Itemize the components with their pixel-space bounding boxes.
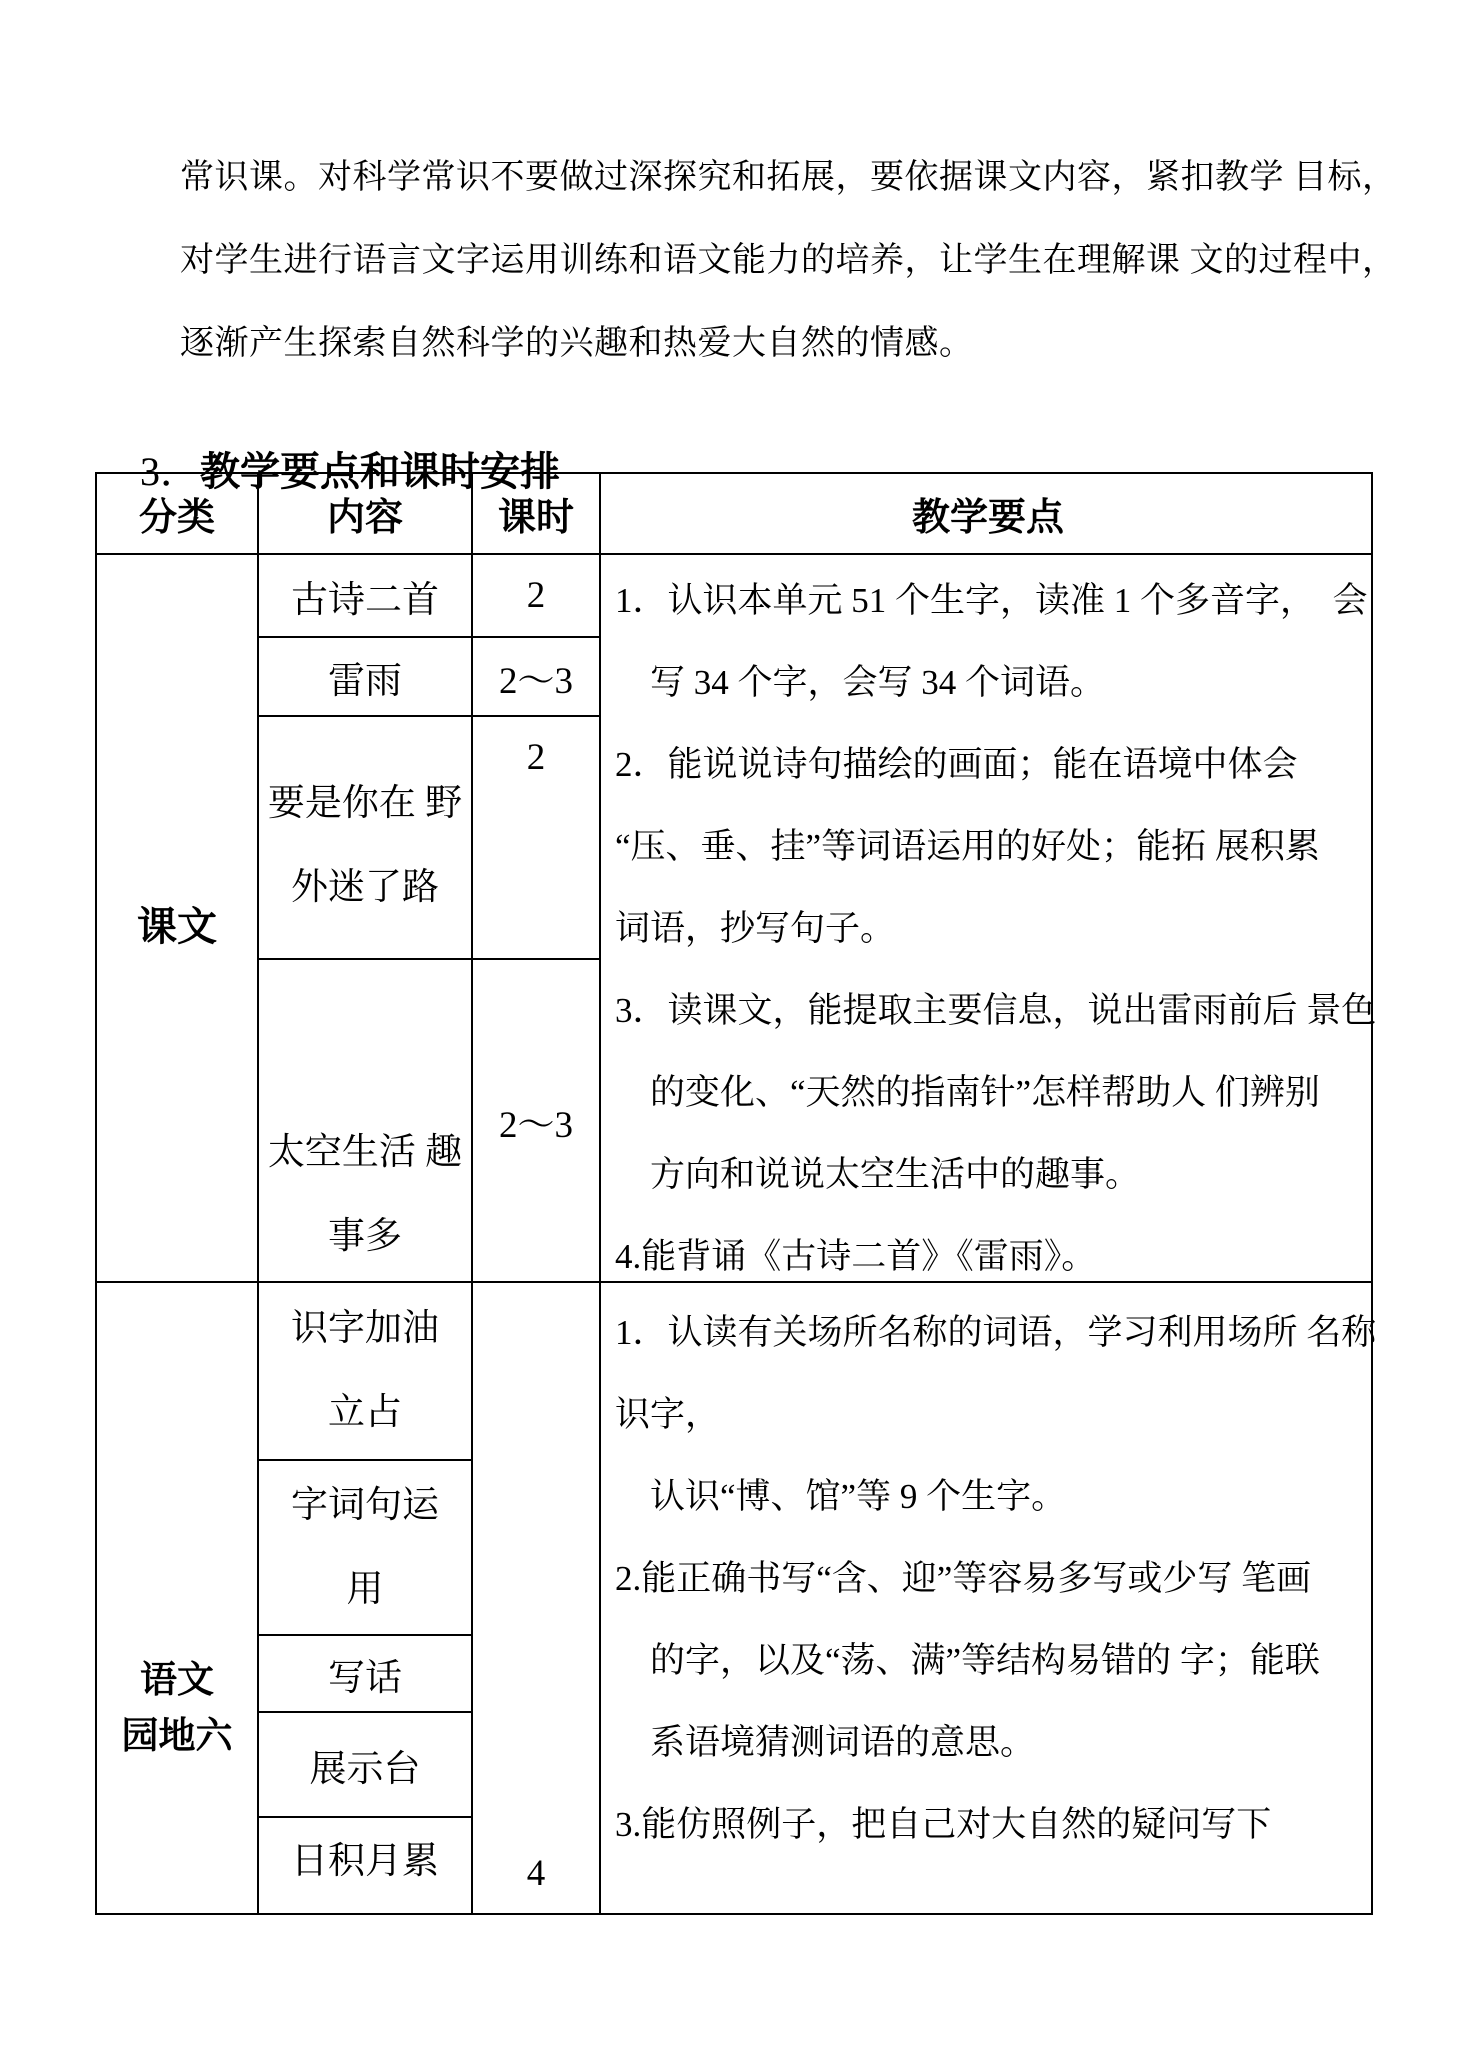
points-line: 3.能仿照例子，把自己对大自然的疑问写下 — [615, 1784, 1371, 1866]
content-cell-leiyu: 雷雨 — [259, 638, 471, 715]
points-line: “压、垂、挂”等词语运用的好处；能拓 展积累 — [615, 806, 1371, 888]
section-heading: 3．教学要点和课时安排 — [100, 391, 560, 445]
paragraph-line: 逐渐产生探索自然科学的兴趣和热爱大自然的情感。 — [180, 302, 1420, 385]
content-yaoshinizai-line2: 外迷了路 — [291, 846, 439, 930]
content-yaoshinizai-line1: 要是你在 野 — [268, 762, 462, 846]
content-leiyu: 雷雨 — [328, 650, 402, 704]
content-taikong-line1: 太空生活 趣 — [268, 1111, 462, 1195]
points-line: 识字， — [615, 1374, 1371, 1456]
points-cell-section1: 1．认识本单元 51 个生字，读准 1 个多音字， 会 写 34 个字，会写 3… — [601, 555, 1375, 1281]
content-cell-xiehua: 写话 — [259, 1636, 471, 1711]
points-line: 系语境猜测词语的意思。 — [615, 1702, 1371, 1784]
content-gushiershou: 古诗二首 — [291, 569, 439, 623]
intro-paragraph: 常识课。对科学常识不要做过深探究和拓展，要依据课文内容，紧扣教学 目标， 对学生… — [180, 136, 1420, 385]
points-line: 的字，以及“荡、满”等结构易错的 字；能联 — [615, 1620, 1371, 1702]
header-content: 内容 — [259, 474, 471, 553]
hours-cell-yaoshinizai: 2 — [473, 717, 599, 958]
content-shizi-line1: 识字加油 — [291, 1287, 439, 1371]
content-cell-shizijiayou: 识字加油 立占 — [259, 1283, 471, 1459]
category-yuwen-line1: 语文 — [140, 1653, 214, 1709]
paragraph-line: 常识课。对科学常识不要做过深探究和拓展，要依据课文内容，紧扣教学 目标， — [180, 136, 1420, 219]
hours-gushiershou: 2 — [527, 574, 546, 617]
content-ziciju-line1: 字词句运 — [291, 1464, 439, 1548]
category-cell-kewen: 课文 — [97, 555, 257, 1281]
content-xiehua: 写话 — [328, 1647, 402, 1701]
points-line: 方向和说说太空生活中的趣事。 — [615, 1134, 1371, 1216]
header-category: 分类 — [97, 474, 257, 553]
content-taikong-line2: 事多 — [328, 1195, 402, 1279]
header-hours: 课时 — [473, 474, 599, 553]
header-category-label: 分类 — [139, 486, 215, 541]
paragraph-line: 对学生进行语言文字运用训练和语文能力的培养，让学生在理解课 文的过程中， — [180, 219, 1420, 302]
hours-cell-taikong: 2～3 — [473, 960, 599, 1281]
content-cell-rijiyuelei: 日积月累 — [259, 1818, 471, 1913]
category-cell-yuwenyuandiliu: 语文 园地六 — [97, 1283, 257, 1915]
hours-taikong: 2～3 — [499, 1094, 573, 1148]
category-kewen-label: 课文 — [137, 895, 217, 952]
points-line: 写 34 个字，会写 34 个词语。 — [615, 642, 1371, 724]
header-content-label: 内容 — [327, 486, 403, 541]
content-ziciju-line2: 用 — [347, 1548, 384, 1632]
header-hours-label: 课时 — [498, 486, 574, 541]
points-line: 的变化、“天然的指南针”怎样帮助人 们辨别 — [615, 1052, 1371, 1134]
points-line: 4.能背诵《古诗二首》《雷雨》。 — [615, 1216, 1371, 1281]
content-cell-gushiershou: 古诗二首 — [259, 555, 471, 636]
points-cell-section2: 1．认读有关场所名称的词语，学习利用场所 名称 识字， 认识“博、馆”等 9 个… — [601, 1283, 1375, 1915]
points-line: 3．读课文，能提取主要信息，说出雷雨前后 景色 — [615, 970, 1371, 1052]
points-line: 1．认读有关场所名称的词语，学习利用场所 名称 — [615, 1292, 1371, 1374]
hours-cell-leiyu: 2～3 — [473, 638, 599, 715]
header-points: 教学要点 — [601, 474, 1375, 553]
content-rijiyuelei: 日积月累 — [291, 1830, 439, 1884]
document-page: 常识课。对科学常识不要做过深探究和拓展，要依据课文内容，紧扣教学 目标， 对学生… — [0, 0, 1465, 2060]
hours-yaoshinizai: 2 — [527, 717, 546, 799]
points-line: 认识“博、馆”等 9 个生字。 — [615, 1456, 1371, 1538]
category-yuwen-line2: 园地六 — [122, 1709, 233, 1765]
points-line: 词语，抄写句子。 — [615, 888, 1371, 970]
points-line: 2.能正确书写“含、迎”等容易多写或少写 笔画 — [615, 1538, 1371, 1620]
hours-cell-gushiershou: 2 — [473, 555, 599, 636]
content-shizi-line2: 立占 — [328, 1371, 402, 1455]
hours-yuandi: 4 — [527, 1833, 546, 1915]
schedule-table: 分类 内容 课时 教学要点 课文 语文 园地六 古诗二首 雷雨 要是你在 野 外… — [95, 472, 1373, 1915]
content-cell-zicijuyunyong: 字词句运 用 — [259, 1461, 471, 1634]
points-line: 2．能说说诗句描绘的画面；能在语境中体会 — [615, 724, 1371, 806]
content-cell-zhanshitai: 展示台 — [259, 1713, 471, 1816]
hours-leiyu: 2～3 — [499, 650, 573, 704]
header-points-label: 教学要点 — [912, 486, 1064, 541]
points-line: 1．认识本单元 51 个生字，读准 1 个多音字， 会 — [615, 560, 1371, 642]
content-cell-yaoshinizai: 要是你在 野 外迷了路 — [259, 717, 471, 958]
content-zhanshitai: 展示台 — [310, 1738, 421, 1792]
hours-cell-yuandi: 4 — [473, 1283, 599, 1915]
content-cell-taikongshenghuo: 太空生活 趣 事多 — [259, 960, 471, 1281]
